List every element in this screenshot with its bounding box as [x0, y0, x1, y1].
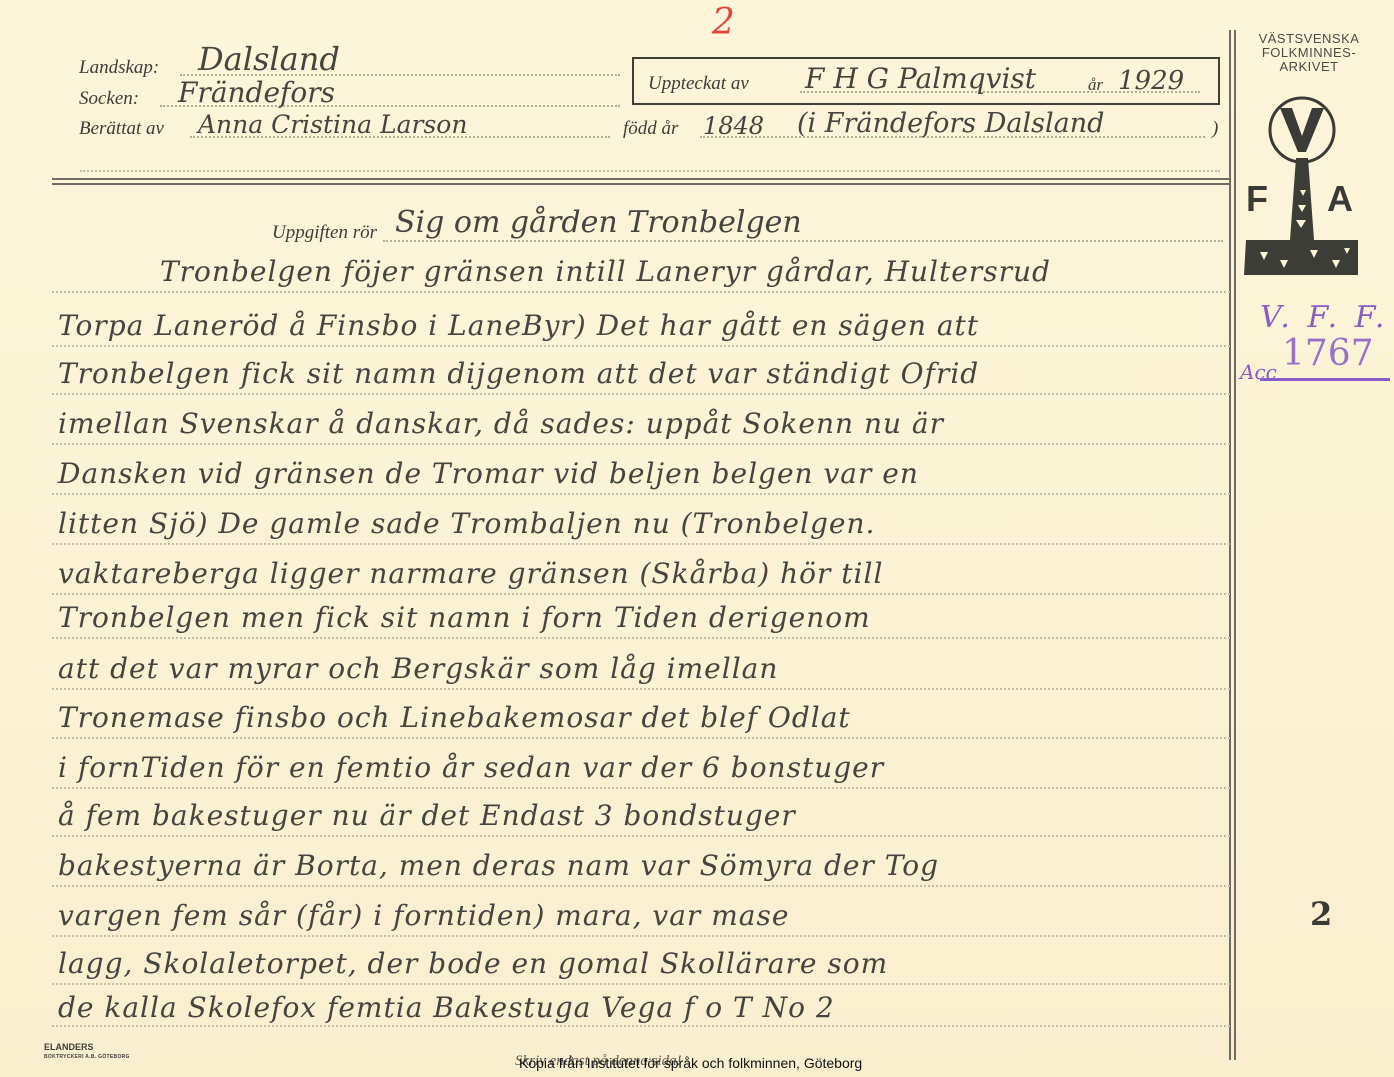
fodd-close-paren: ) — [1212, 118, 1218, 140]
rule-3 — [52, 393, 1230, 395]
rule-1 — [52, 291, 1230, 293]
rule-15 — [52, 983, 1230, 985]
body-line-9: att det var myrar och Bergskär som låg i… — [58, 652, 778, 685]
rule-4 — [52, 443, 1230, 445]
stamp-accession-number: 1767 — [1282, 333, 1374, 374]
rule-13 — [52, 885, 1230, 887]
rule-7 — [52, 593, 1230, 595]
landskap-label: Landskap: — [79, 57, 159, 79]
rule-8 — [52, 637, 1230, 639]
subject-value: Sig om gården Tronbelgen — [395, 205, 802, 240]
body-line-16: de kalla Skolefox femtia Bakestuga Vega … — [58, 991, 835, 1024]
fodd-label: född år — [623, 118, 678, 140]
body-line-2: Torpa Laneröd å Finsbo i LaneByr) Det ha… — [58, 309, 979, 342]
logo-letter-f: F — [1246, 178, 1268, 220]
archive-title-line1: VÄSTSVENSKA — [1236, 32, 1382, 46]
archive-title: VÄSTSVENSKA FOLKMINNES- ARKIVET — [1236, 32, 1382, 74]
rule-6 — [52, 543, 1230, 545]
body-line-7: vaktareberga ligger narmare gränsen (Skå… — [58, 557, 883, 590]
printer-subtitle: BOKTRYCKERI A.B. GÖTEBORG — [44, 1052, 130, 1062]
body-line-3: Tronbelgen fick sit namn dijgenom att de… — [58, 357, 979, 390]
archive-form-page: 2 Landskap: Dalsland Socken: Frändefors … — [0, 0, 1394, 1077]
margin-line-1 — [1229, 30, 1231, 1060]
rule-16 — [52, 1025, 1230, 1027]
logo-letter-a: A — [1327, 178, 1353, 220]
printer-mark: ELANDERS BOKTRYCKERI A.B. GÖTEBORG — [44, 1042, 130, 1062]
subject-dotline — [383, 240, 1223, 242]
uppteckn-value: F H G Palmqvist — [805, 62, 1036, 95]
body-line-6: litten Sjö) De gamle sade Trombaljen nu … — [58, 507, 875, 540]
margin-page-number: 2 — [1310, 895, 1332, 933]
rule-10 — [52, 737, 1230, 739]
body-line-4: imellan Svenskar å danskar, då sades: up… — [58, 407, 944, 440]
header-divider-bottom — [52, 183, 1230, 185]
socken-label: Socken: — [79, 88, 139, 110]
red-page-number: 2 — [712, 2, 735, 43]
subject-label: Uppgiften rör — [272, 222, 377, 244]
rule-14 — [52, 935, 1230, 937]
body-line-12: å fem bakestuger nu är det Endast 3 bond… — [58, 799, 796, 832]
header-dot-rule — [80, 170, 1220, 172]
body-line-11: i fornTiden för en femtio år sedan var d… — [58, 751, 884, 784]
body-line-13: bakestyerna är Borta, men deras nam var … — [58, 849, 939, 882]
printer-name: ELANDERS — [44, 1042, 94, 1052]
body-line-1: Tronbelgen föjer gränsen intill Laneryr … — [160, 255, 1051, 288]
body-line-14: vargen fem sår (får) i forntiden) mara, … — [58, 899, 789, 932]
landskap-value: Dalsland — [198, 40, 340, 78]
fodd-place-value: (i Frändefors Dalsland — [797, 108, 1104, 139]
rule-9 — [52, 688, 1230, 690]
body-line-15: lagg, Skolaletorpet, der bode en gomal S… — [58, 947, 888, 980]
socken-value: Frändefors — [178, 76, 335, 109]
berattat-label: Berättat av — [79, 118, 164, 140]
vff-stamp-line: V. F. F. — [1260, 300, 1388, 335]
copy-attribution: Kopia från Institutet för språk och folk… — [519, 1055, 862, 1071]
rule-5 — [52, 493, 1230, 495]
rule-2 — [52, 345, 1230, 347]
body-line-5: Dansken vid gränsen de Tromar vid beljen… — [58, 457, 919, 490]
rule-12 — [52, 835, 1230, 837]
rule-11 — [52, 787, 1230, 789]
body-line-8: Tronbelgen men fick sit namn i forn Tide… — [58, 601, 871, 634]
uppteckn-label: Uppteckat av — [648, 73, 749, 95]
ar-value: 1929 — [1118, 66, 1184, 96]
archive-title-line2: FOLKMINNES- — [1236, 46, 1382, 60]
archive-title-line3: ARKIVET — [1236, 60, 1382, 74]
header-divider-top — [52, 178, 1230, 180]
fodd-year-value: 1848 — [703, 112, 764, 140]
stamp-underline — [1260, 378, 1390, 381]
ar-label: år — [1088, 75, 1103, 95]
berattat-value: Anna Cristina Larson — [198, 110, 467, 139]
margin-line-2 — [1234, 30, 1236, 1060]
body-line-10: Tronemase finsbo och Linebakemosar det b… — [58, 701, 851, 734]
